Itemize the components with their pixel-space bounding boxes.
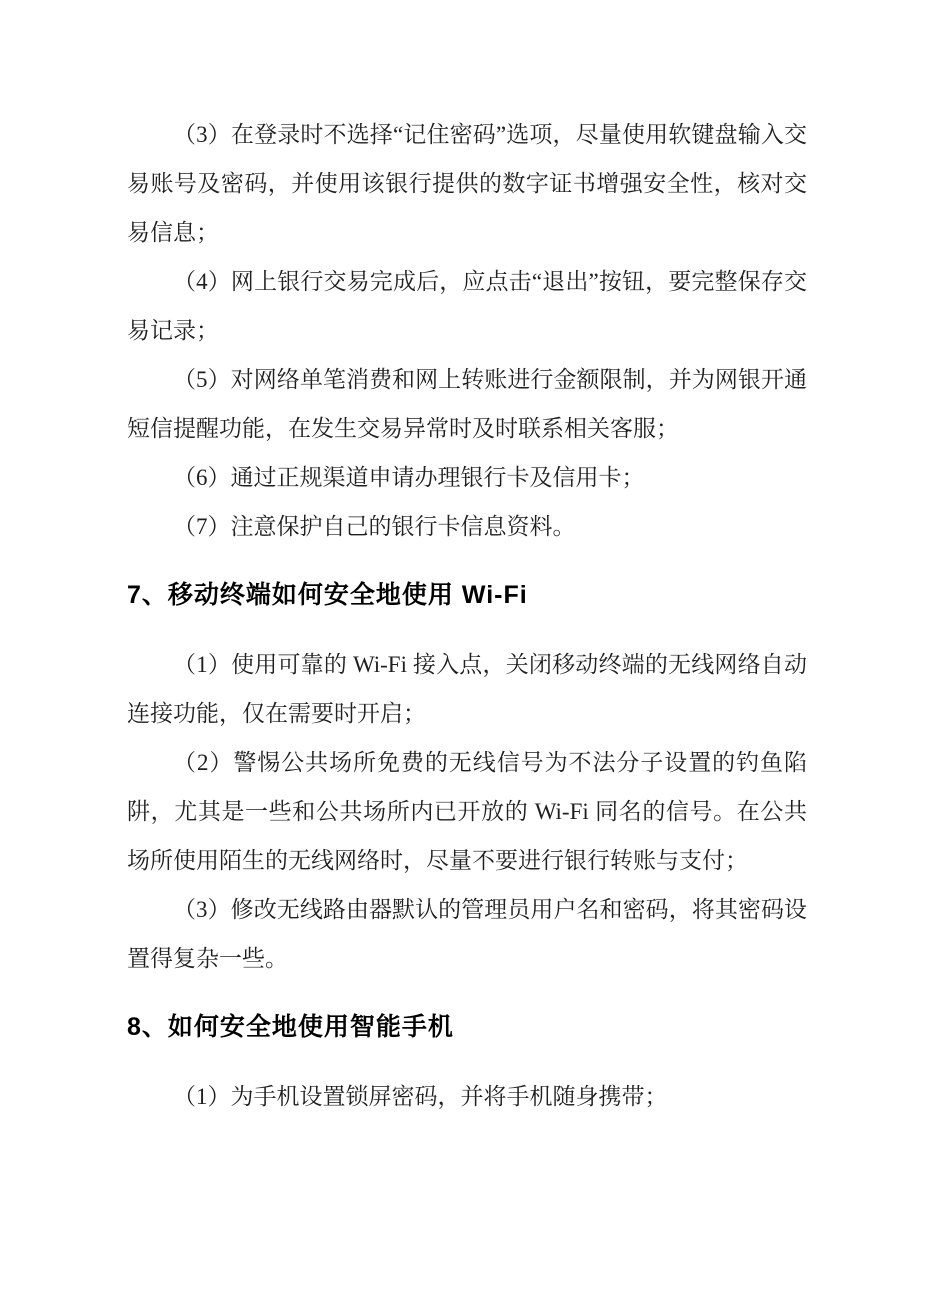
document-page: （3）在登录时不选择“记住密码”选项，尽量使用软键盘输入交易账号及密码，并使用该… [0, 0, 930, 1315]
paragraph-online-banking-6: （6）通过正规渠道申请办理银行卡及信用卡； [127, 453, 807, 502]
paragraph-online-banking-7: （7）注意保护自己的银行卡信息资料。 [127, 502, 807, 551]
paragraph-online-banking-5: （5）对网络单笔消费和网上转账进行金额限制，并为网银开通短信提醒功能，在发生交易… [127, 355, 807, 453]
section-heading-7-wifi: 7、移动终端如何安全地使用 Wi-Fi [127, 573, 807, 617]
paragraph-wifi-2: （2）警惕公共场所免费的无线信号为不法分子设置的钓鱼陷阱，尤其是一些和公共场所内… [127, 738, 807, 885]
paragraph-smartphone-1: （1）为手机设置锁屏密码，并将手机随身携带； [127, 1072, 807, 1121]
paragraph-online-banking-4: （4）网上银行交易完成后，应点击“退出”按钮，要完整保存交易记录； [127, 257, 807, 355]
paragraph-online-banking-3: （3）在登录时不选择“记住密码”选项，尽量使用软键盘输入交易账号及密码，并使用该… [127, 110, 807, 257]
section-heading-8-smartphone: 8、如何安全地使用智能手机 [127, 1005, 807, 1049]
paragraph-wifi-3: （3）修改无线路由器默认的管理员用户名和密码，将其密码设置得复杂一些。 [127, 885, 807, 983]
paragraph-wifi-1: （1）使用可靠的 Wi-Fi 接入点，关闭移动终端的无线网络自动连接功能，仅在需… [127, 640, 807, 738]
